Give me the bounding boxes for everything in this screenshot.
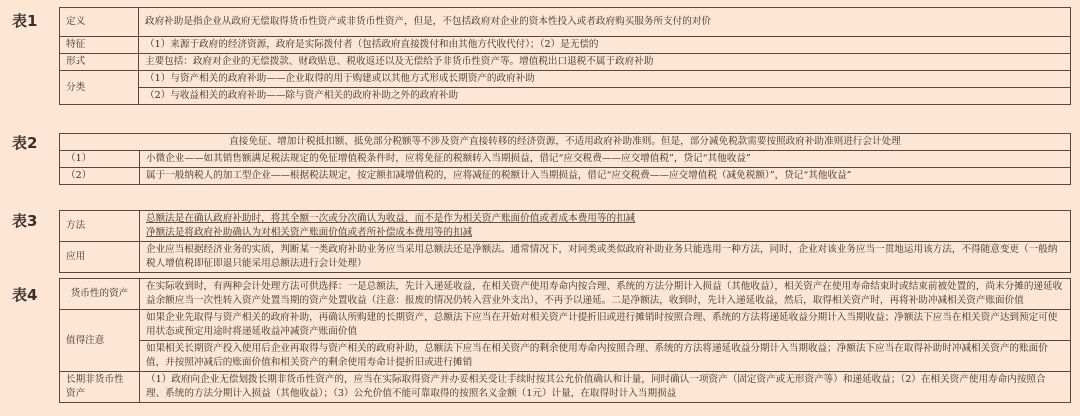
row-value: 政府补助是指企业从政府无偿取得货币性资产或非货币性资产，但是，不包括政府对企业的…	[139, 8, 1071, 37]
table-row: 应用 企业应当根据经济业务的实质，判断某一类政府补助业务应当采用总额法还是净额法…	[60, 242, 1071, 273]
table2-label: 表2	[12, 132, 37, 153]
table-row: 分类 （1）与资产相关的政府补助——企业取得的用于购建或以其他方式形成长期资产的…	[60, 71, 1071, 88]
table-row: 方法 总额法是在确认政府补助时，将其全额一次或分次确认为收益，而不是作为相关资产…	[60, 211, 1071, 242]
row-key: 方法	[60, 211, 140, 242]
row-value-line: 净额法是将政府补助确认为对相关资产账面价值或者所补偿成本费用等的扣减	[146, 226, 1064, 240]
row-key: 货币性的资产	[60, 279, 140, 310]
row-key: 值得注意	[60, 310, 140, 372]
row-value: 在实际收到时，有两种会计处理方法可供选择：一是总额法，先计入递延收益，在相关资产…	[140, 279, 1071, 310]
row-value: （1）来源于政府的经济资源，政府是实际拨付者（包括政府直接拨付和由其他方代收代付…	[139, 37, 1071, 54]
row-value: 如果相关长期资产投入使用后企业再取得与资产相关的政府补助，总额法下应当在相关资产…	[140, 341, 1071, 372]
row-key: （2）	[60, 168, 140, 185]
table4-label: 表4	[12, 284, 37, 305]
row-value: 企业应当根据经济业务的实质，判断某一类政府补助业务应当采用总额法还是净额法。通常…	[140, 242, 1071, 273]
row-value: 小微企业——如其销售额满足税法规定的免征增值税条件时，应将免征的税额转入当期损益…	[140, 151, 1071, 168]
table-row: （2）与收益相关的政府补助——除与资产相关的政府补助之外的政府补助	[60, 88, 1071, 105]
row-key: 特征	[60, 37, 139, 54]
row-key: 形式	[60, 54, 139, 71]
row-key: （1）	[60, 151, 140, 168]
row-key: 应用	[60, 242, 140, 273]
table-header: 直接免征、增加计税抵扣额、抵免部分税额等不涉及资产直接转移的经济资源，不适用政府…	[60, 134, 1071, 151]
row-value-line: 总额法是在确认政府补助时，将其全额一次或分次确认为收益，而不是作为相关资产账面价…	[146, 212, 1064, 226]
row-value: （1）政府向企业无偿划拨长期非货币性资产的，应当在实际取得资产并办妥相关受让手续…	[140, 372, 1071, 403]
table3-label: 表3	[12, 210, 37, 231]
table1-label: 表1	[12, 10, 37, 31]
row-value: 属于一般纳税人的加工型企业——根据税法规定，按定额扣减增值税的，应将减征的税额计…	[140, 168, 1071, 185]
table4: 货币性的资产 在实际收到时，有两种会计处理方法可供选择：一是总额法，先计入递延收…	[59, 278, 1071, 403]
table-row: 如果相关长期资产投入使用后企业再取得与资产相关的政府补助，总额法下应当在相关资产…	[60, 341, 1071, 372]
row-value: （1）与资产相关的政府补助——企业取得的用于购建或以其他方式形成长期资产的政府补…	[139, 71, 1071, 88]
row-value: 如果企业先取得与资产相关的政府补助，再确认所购建的长期资产，总额法下应当在开始对…	[140, 310, 1071, 341]
row-key: 定义	[60, 8, 139, 37]
row-value: 总额法是在确认政府补助时，将其全额一次或分次确认为收益，而不是作为相关资产账面价…	[140, 211, 1071, 242]
table1: 定义 政府补助是指企业从政府无偿取得货币性资产或非货币性资产，但是，不包括政府对…	[59, 7, 1071, 105]
table-row: 形式 主要包括：政府对企业的无偿拨款、财政贴息、税收返还以及无偿给予非货币性资产…	[60, 54, 1071, 71]
table3: 方法 总额法是在确认政府补助时，将其全额一次或分次确认为收益，而不是作为相关资产…	[59, 210, 1071, 273]
table-row: 长期非货币性资产 （1）政府向企业无偿划拨长期非货币性资产的，应当在实际取得资产…	[60, 372, 1071, 403]
table-row: 特征 （1）来源于政府的经济资源，政府是实际拨付者（包括政府直接拨付和由其他方代…	[60, 37, 1071, 54]
table-row: 货币性的资产 在实际收到时，有两种会计处理方法可供选择：一是总额法，先计入递延收…	[60, 279, 1071, 310]
table2: 直接免征、增加计税抵扣额、抵免部分税额等不涉及资产直接转移的经济资源，不适用政府…	[59, 133, 1071, 185]
row-key: 分类	[60, 71, 139, 105]
table-row: 定义 政府补助是指企业从政府无偿取得货币性资产或非货币性资产，但是，不包括政府对…	[60, 8, 1071, 37]
table-row: 值得注意 如果企业先取得与资产相关的政府补助，再确认所购建的长期资产，总额法下应…	[60, 310, 1071, 341]
row-value: （2）与收益相关的政府补助——除与资产相关的政府补助之外的政府补助	[139, 88, 1071, 105]
row-value: 主要包括：政府对企业的无偿拨款、财政贴息、税收返还以及无偿给予非货币性资产等。增…	[139, 54, 1071, 71]
table-header-row: 直接免征、增加计税抵扣额、抵免部分税额等不涉及资产直接转移的经济资源，不适用政府…	[60, 134, 1071, 151]
row-key: 长期非货币性资产	[60, 372, 140, 403]
table-row: （1） 小微企业——如其销售额满足税法规定的免征增值税条件时，应将免征的税额转入…	[60, 151, 1071, 168]
table-row: （2） 属于一般纳税人的加工型企业——根据税法规定，按定额扣减增值税的，应将减征…	[60, 168, 1071, 185]
